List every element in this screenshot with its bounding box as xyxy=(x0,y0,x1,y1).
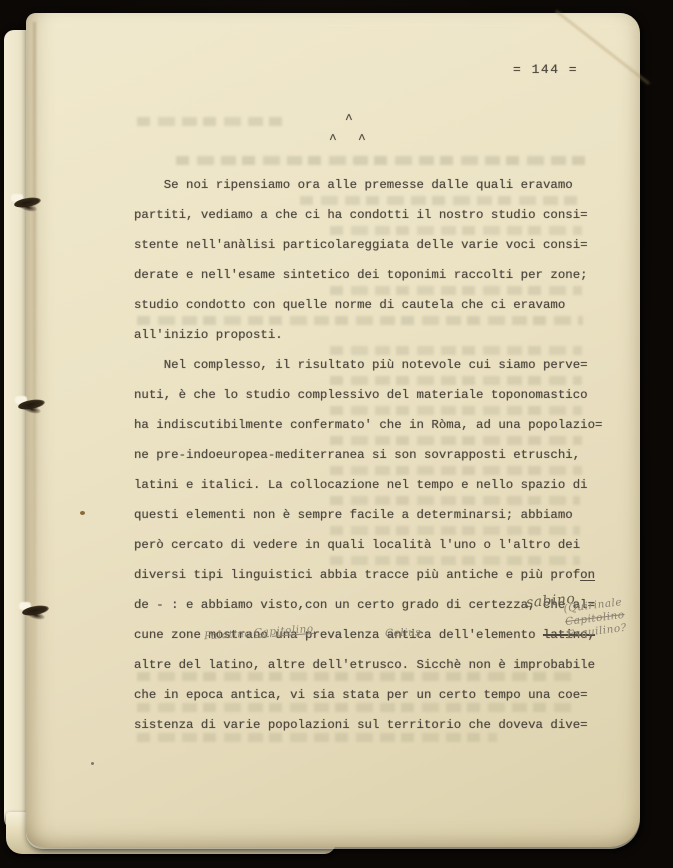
typed-line: diversi tipi linguistici abbia tracce pi… xyxy=(134,560,620,590)
typed-line-segment: cune zone mostrano una prevalenza antica… xyxy=(134,628,543,642)
typed-line: sistenza di varie popolazioni sul territ… xyxy=(134,710,620,740)
photo-background: = 144 = ^ ^ ^ Se noi ripensiamo ora alle… xyxy=(0,0,673,868)
typed-line: stente nell'anàlisi particolareggiata de… xyxy=(134,230,620,260)
typed-line: questi elementi non è sempre facile a de… xyxy=(134,500,620,530)
spine-crease xyxy=(33,22,36,732)
typed-line-segment: diversi tipi linguistici abbia tracce pi… xyxy=(134,568,580,582)
paper-speck xyxy=(80,511,85,515)
typed-line: Se noi ripensiamo ora alle premesse dall… xyxy=(134,170,620,200)
ghost-text-line xyxy=(176,156,586,165)
typed-line: all'inizio proposti. xyxy=(134,320,620,350)
ghost-text-line xyxy=(137,117,287,126)
binding-stitch xyxy=(19,602,53,624)
handwritten-note-celius: Celius xyxy=(385,626,422,639)
underlined-text: on xyxy=(580,568,595,582)
typed-line: Nel complesso, il risultato più notevole… xyxy=(134,350,620,380)
typed-line: partiti, vediamo a che ci ha condotti il… xyxy=(134,200,620,230)
caret-mark: ^ xyxy=(358,132,366,147)
typed-text-block: Se noi ripensiamo ora alle premesse dall… xyxy=(134,170,620,740)
typed-line: latini e italici. La collocazione nel te… xyxy=(134,470,620,500)
binding-stitch xyxy=(15,396,49,418)
typed-line: ne pre-indoeuropea-mediterranea si son s… xyxy=(134,440,620,470)
caret-mark: ^ xyxy=(345,112,353,127)
typed-line: che in epoca antica, vi sia stata per un… xyxy=(134,680,620,710)
typed-line: studio condotto con quelle norme di caut… xyxy=(134,290,620,320)
typed-line: altre del latino, altre dell'etrusco. Si… xyxy=(134,650,620,680)
caret-mark: ^ xyxy=(329,132,337,147)
typed-line: derate e nell'esame sintetico dei toponi… xyxy=(134,260,620,290)
handwritten-note-palatino: Palatino xyxy=(204,628,252,642)
paper-speck xyxy=(91,762,94,765)
binding-stitch xyxy=(11,194,45,216)
page-number: = 144 = xyxy=(513,62,578,77)
typed-line: nuti, è che lo studio complessivo del ma… xyxy=(134,380,620,410)
typed-line: ha indiscutibilmente confermato' che in … xyxy=(134,410,620,440)
typed-line: però cercato di vedere in quali località… xyxy=(134,530,620,560)
